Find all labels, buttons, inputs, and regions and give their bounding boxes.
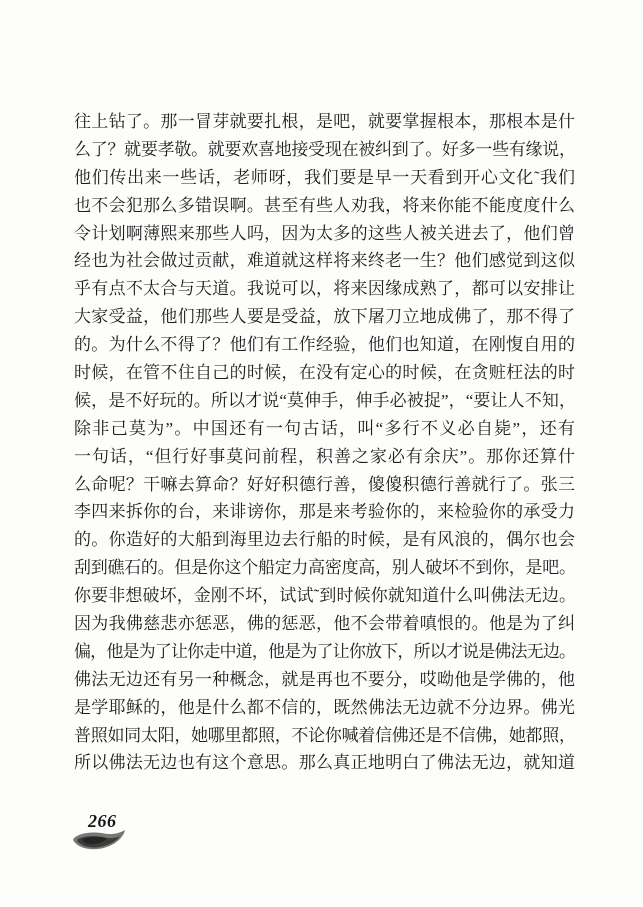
text-line: 么了？就要孝敬。就要欢喜地接受现在被纠到了。好多一些有缘说，	[74, 136, 575, 164]
text-line: 令计划啊薄熙来那些人吗，因为太多的这些人被关进去了，他们曾	[74, 220, 575, 248]
text-line: 候，是不好玩的。所以才说“莫伸手，伸手必被捉”，“要让人不知，	[74, 387, 575, 415]
book-page: 往上钻了。那一冒芽就要扎根，是吧，就要掌握根本，那根本是什 么了？就要孝敬。就要…	[0, 0, 643, 907]
text-line: 刮到礁石的。但是你这个船定力高密度高，别人破坏不到你，是吧。	[74, 554, 575, 582]
text-line: 所以佛法无边也有这个意思。那么真正地明白了佛法无边，就知道	[74, 749, 575, 777]
text-line: 佛法无边还有另一种概念，就是再也不要分，哎呦他是学佛的，他	[74, 666, 575, 694]
text-line: 一句话，“但行好事莫问前程，积善之家必有余庆”。那你还算什	[74, 443, 575, 471]
text-line: 的。为什么不得了？他们有工作经验，他们也知道，在刚愎自用的	[74, 331, 575, 359]
text-line: 经也为社会做过贡献，难道就这样将来终老一生？他们感觉到这似	[74, 247, 575, 275]
text-line: 往上钻了。那一冒芽就要扎根，是吧，就要掌握根本，那根本是什	[74, 108, 575, 136]
text-line: 是学耶稣的，他是什么都不信的，既然佛法无边就不分边界。佛光	[74, 694, 575, 722]
text-line: 的。你造好的大船到海里边去行船的时候，是有风浪的，偶尔也会	[74, 526, 575, 554]
text-line: 李四来拆你的台，来诽谤你，那是来考验你的，来检验你的承受力	[74, 498, 575, 526]
text-line: 除非己莫为”。中国还有一句古话，叫“多行不义必自毙”，还有	[74, 415, 575, 443]
ink-brush-stroke-icon	[71, 828, 129, 855]
text-line: 普照如同太阳，她哪里都照，不论你喊着信佛还是不信佛，她都照，	[74, 722, 575, 750]
text-line: 大家受益，他们那些人要是受益，放下屠刀立地成佛了，那不得了	[74, 303, 575, 331]
text-line: 你要非想破坏，金刚不坏，试试˜到时候你就知道什么叫佛法无边。	[74, 582, 575, 610]
text-line: 么命呢？干嘛去算命？好好积德行善，傻傻积德行善就行了。张三	[74, 471, 575, 499]
text-line: 他们传出来一些话，老师呀，我们要是早一天看到开心文化˜我们	[74, 164, 575, 192]
text-line: 偏，他是为了让你走中道，他是为了让你放下，所以才说是佛法无边。	[74, 638, 575, 666]
text-line: 乎有点不太合与天道。我说可以，将来因缘成熟了，都可以安排让	[74, 275, 575, 303]
body-text: 往上钻了。那一冒芽就要扎根，是吧，就要掌握根本，那根本是什 么了？就要孝敬。就要…	[74, 108, 575, 777]
text-line: 也不会犯那么多错误啊。甚至有些人劝我，将来你能不能度度什么	[74, 192, 575, 220]
text-line: 因为我佛慈悲亦惩恶，佛的惩恶，他不会带着嗔恨的。他是为了纠	[74, 610, 575, 638]
text-line: 时候，在管不住自己的时候，在没有定心的时候，在贪赃枉法的时	[74, 359, 575, 387]
